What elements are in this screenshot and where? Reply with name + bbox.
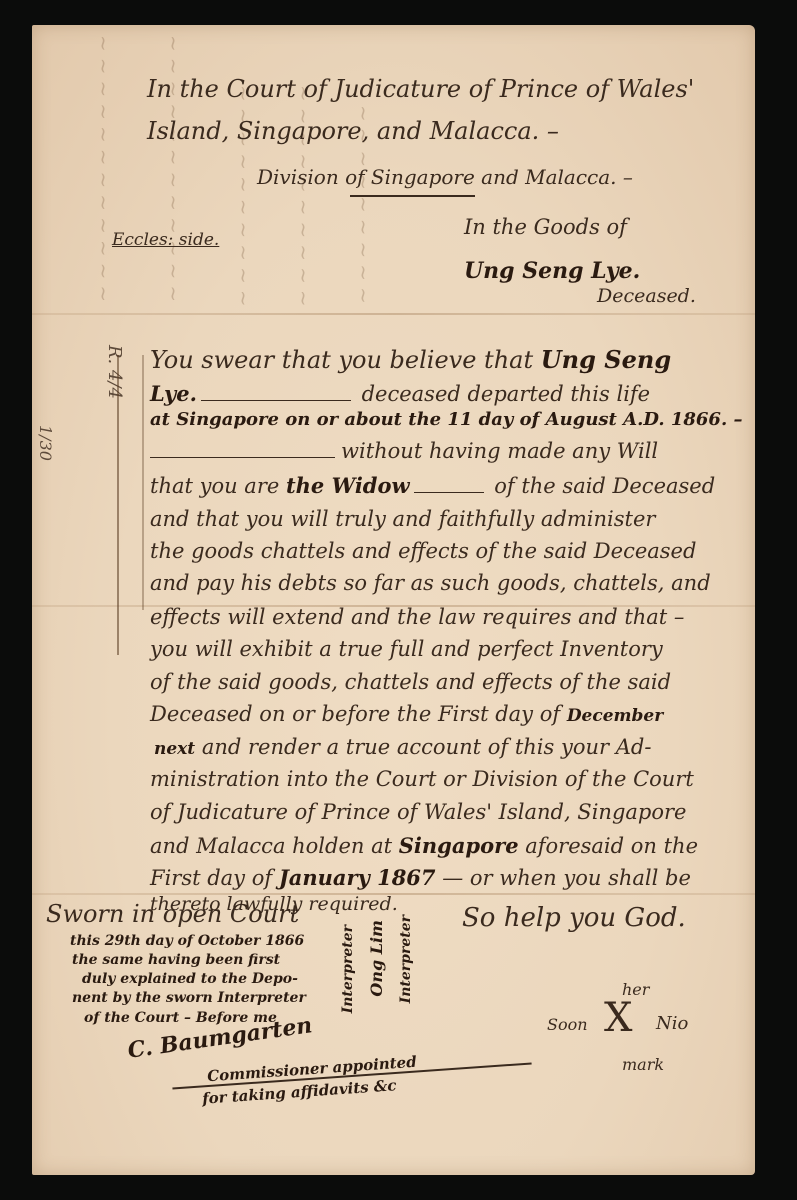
court-title-line1: In the Court of Judicature of Prince of … [147, 75, 694, 103]
oath-line-6: and that you will truly and faithfully a… [150, 507, 655, 531]
oath-line-8: and pay his debts so far as such goods, … [150, 571, 711, 595]
oath-line-14: ministration into the Court or Division … [150, 767, 694, 791]
oath-line-12: Deceased on or before the First day of D… [150, 702, 663, 726]
margin-note-number: 1/30 [36, 425, 55, 461]
oath-line-13: next and render a true account of this y… [154, 735, 651, 759]
goods-of-label: In the Goods of [464, 215, 627, 239]
mark-last-name: Nio [656, 1013, 688, 1034]
mark-x: X [604, 995, 632, 1041]
sworn-line: duly explained to the Depo- [82, 971, 298, 987]
interpreter-signature: Interpreter [398, 915, 414, 1003]
oath-line-10: you will exhibit a true full and perfect… [150, 637, 663, 661]
bleed-through-text: ~~~~~~~~~~~~ [92, 35, 116, 295]
mark-label: mark [622, 1055, 664, 1074]
interpreter-signature: Ong Lim [367, 920, 386, 997]
oath-line-4: without having made any Will [150, 439, 658, 463]
closing-phrase: So help you God. [462, 903, 686, 933]
margin-note: R. 4/4 [104, 345, 125, 399]
sworn-heading: Sworn in open Court [46, 900, 299, 928]
oath-line-16: and Malacca holden at Singapore aforesai… [150, 833, 698, 858]
oath-line-5: that you are the Widow of the said Decea… [150, 473, 715, 498]
oath-line-3: at Singapore on or about the 11 day of A… [150, 409, 742, 430]
underline [350, 195, 475, 197]
oath-line-9: effects will extend and the law requires… [150, 605, 684, 629]
oath-line-2: Lye. deceased departed this life [150, 381, 650, 406]
deceased-label: Deceased. [597, 285, 696, 307]
interpreter-signature: Interpreter [340, 925, 356, 1013]
oath-line-17: First day of January 1867 — or when you … [150, 865, 691, 890]
oath-line-15: of Judicature of Prince of Wales' Island… [150, 800, 686, 824]
oath-line-7: the goods chattels and effects of the sa… [150, 539, 696, 563]
body-margin-rule [142, 355, 144, 610]
sworn-line: this 29th day of October 1866 [70, 933, 304, 949]
mark-first-name: Soon [547, 1015, 588, 1034]
oath-line-11: of the said goods, chattels and effects … [150, 670, 671, 694]
sworn-line: nent by the sworn Interpreter [72, 990, 306, 1006]
bleed-through-text: ~~~~~~~~~~~~ [162, 35, 186, 295]
fold-line [32, 313, 755, 315]
jurisdiction-label: Eccles: side. [112, 230, 219, 250]
sworn-line: the same having been first [72, 952, 280, 968]
margin-rule [117, 355, 119, 655]
document-paper: ~~~~~~~~~~~~ ~~~~~~~~~~~~ ~~~~~~~~~~ ~~~… [32, 25, 755, 1175]
division-line: Division of Singapore and Malacca. – [257, 165, 633, 189]
court-title-line2: Island, Singapore, and Malacca. – [147, 117, 559, 145]
oath-line-1: You swear that you believe that Ung Seng [150, 345, 671, 374]
deceased-name: Ung Seng Lye. [464, 258, 640, 284]
